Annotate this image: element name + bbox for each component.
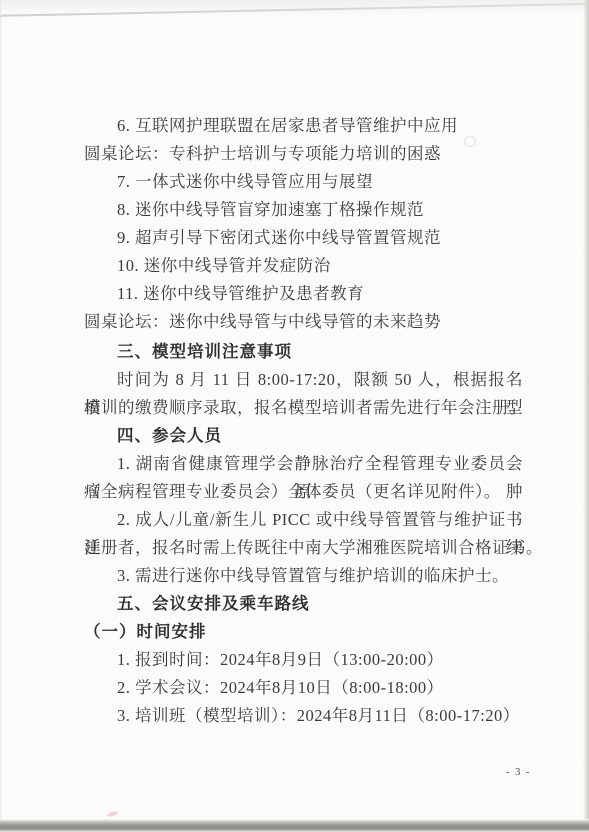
document-page: 6. 互联网护理联盟在居家患者导管维护中应用 圆桌论坛：专科护士培训与专项能力培…: [0, 0, 589, 730]
model-training-notes-line-1: 时间为 8 月 11 日 8:00-17:20，限额 50 人，根据报名模型: [84, 366, 523, 394]
scan-artifact-pink-mark: [107, 810, 119, 817]
attendees-item-2-line-1: 2. 成人/儿童/新生儿 PICC 或中线导管置管与维护证书延续: [84, 506, 523, 534]
schedule-item-1: 1. 报到时间：2024年8月9日（13:00-20:00）: [84, 646, 523, 674]
agenda-roundtable-1: 圆桌论坛：专科护士培训与专项能力培训的困惑: [84, 140, 523, 168]
subsection-heading-schedule: （一）时间安排: [84, 618, 523, 646]
agenda-roundtable-2: 圆桌论坛：迷你中线导管与中线导管的未来趋势: [84, 308, 523, 336]
model-training-notes-line-2: 培训的缴费顺序录取，报名模型培训者需先进行年会注册。: [84, 394, 523, 422]
section-heading-5: 五、会议安排及乘车路线: [84, 590, 523, 618]
section-heading-3: 三、模型培训注意事项: [84, 338, 523, 366]
schedule-item-3: 3. 培训班（模型培训）：2024年8月11日（8:00-17:20）: [84, 702, 523, 730]
attendees-item-1-line-1: 1. 湖南省健康管理学会静脉治疗全程管理专业委员会（原肿: [84, 450, 523, 478]
agenda-item-9: 9. 超声引导下密闭式迷你中线导管置管规范: [84, 224, 523, 252]
attendees-item-3: 3. 需进行迷你中线导管置管与维护培训的临床护士。: [84, 562, 523, 590]
agenda-item-10: 10. 迷你中线导管并发症防治: [84, 252, 523, 280]
agenda-item-8: 8. 迷你中线导管盲穿加速塞丁格操作规范: [84, 196, 523, 224]
page-number: - 3 -: [506, 767, 531, 778]
agenda-item-6: 6. 互联网护理联盟在居家患者导管维护中应用: [84, 112, 523, 140]
scan-bottom-edge-band: [0, 819, 589, 832]
attendees-item-1-line-2: 瘤全病程管理专业委员会）全体委员（更名详见附件）。: [84, 478, 523, 506]
agenda-item-11: 11. 迷你中线导管维护及患者教育: [84, 280, 523, 308]
schedule-item-2: 2. 学术会议：2024年8月10日（8:00-18:00）: [84, 674, 523, 702]
section-heading-4: 四、参会人员: [84, 422, 523, 450]
agenda-item-7: 7. 一体式迷你中线导管应用与展望: [84, 168, 523, 196]
attendees-item-2-line-2: 注册者，报名时需上传既往中南大学湘雅医院培训合格证书。: [84, 534, 523, 562]
